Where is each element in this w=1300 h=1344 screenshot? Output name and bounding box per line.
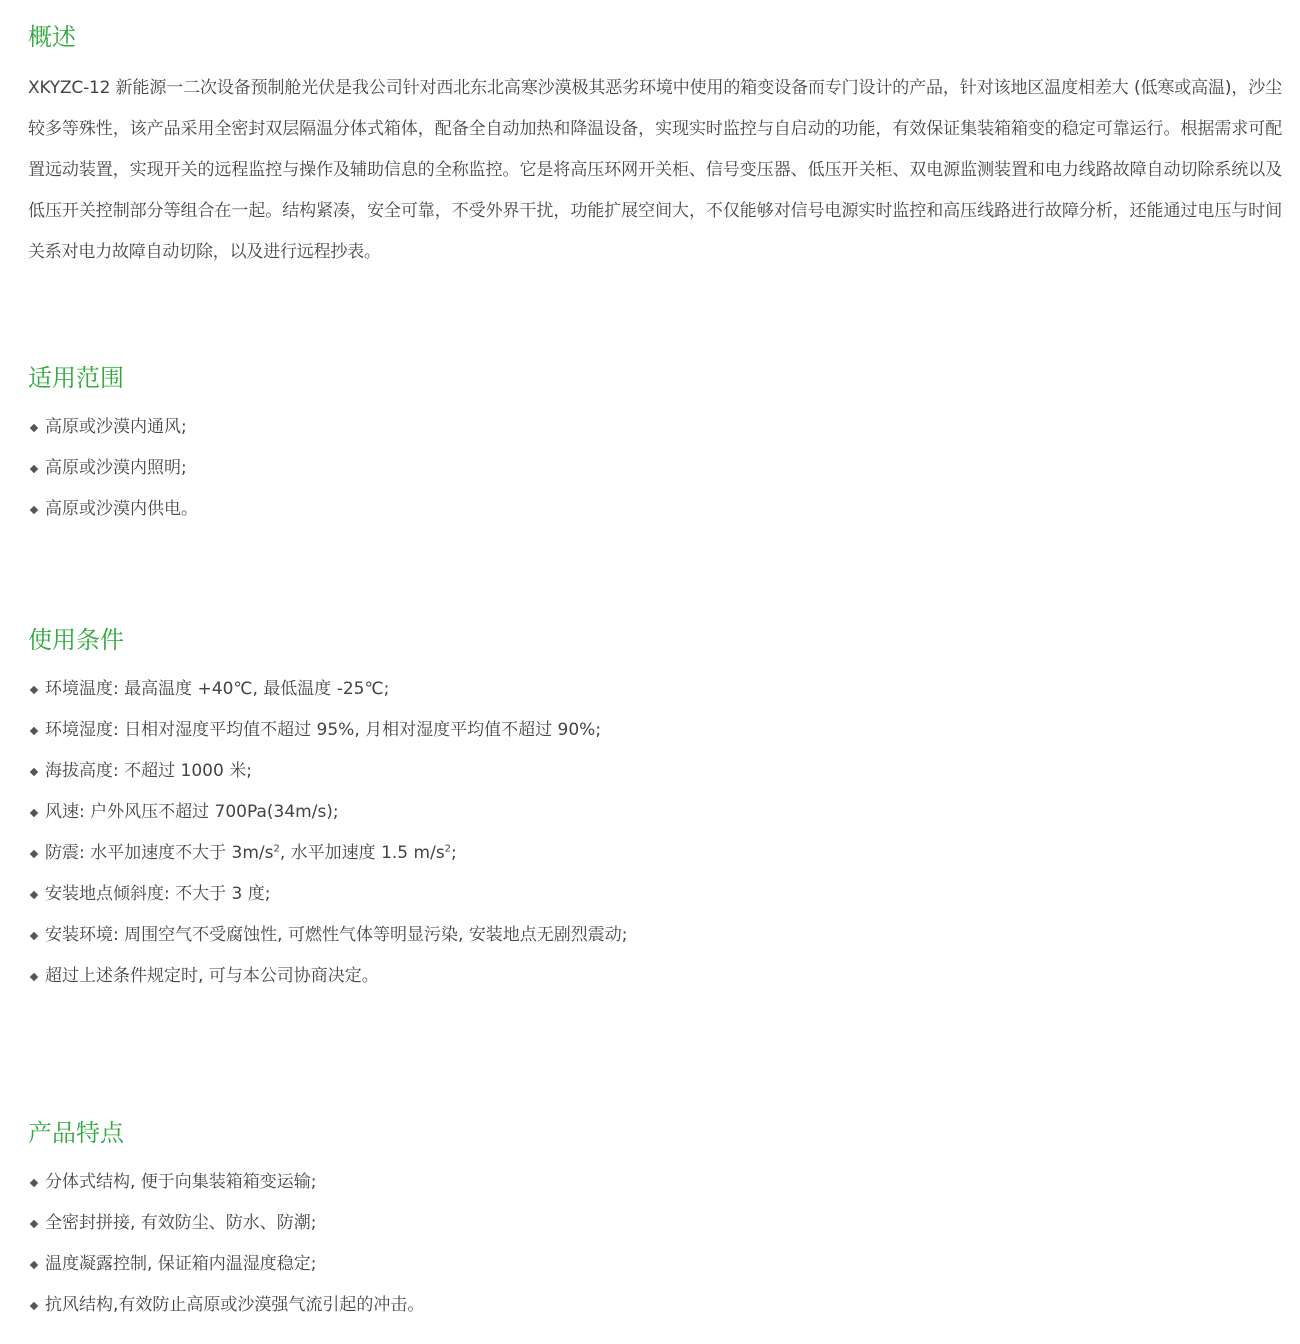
list-item: 环境温度: 最高温度 +40℃, 最低温度 -25℃; bbox=[28, 669, 1282, 710]
list-item: 风速: 户外风压不超过 700Pa(34m/s); bbox=[28, 792, 1282, 833]
scope-list: 高原或沙漠内通风; 高原或沙漠内照明; 高原或沙漠内供电。 bbox=[28, 407, 1282, 530]
overview-paragraph: XKYZC-12 新能源一二次设备预制舱光伏是我公司针对西北东北高寒沙漠极其恶劣… bbox=[28, 68, 1282, 273]
diamond-bullet-icon bbox=[30, 1179, 38, 1187]
diamond-bullet-icon bbox=[30, 1220, 38, 1228]
scope-heading: 适用范围 bbox=[28, 363, 1282, 393]
list-item: 高原或沙漠内照明; bbox=[28, 448, 1282, 489]
list-item: 全密封拼接, 有效防尘、防水、防潮; bbox=[28, 1203, 1282, 1244]
scope-section: 适用范围 高原或沙漠内通风; 高原或沙漠内照明; 高原或沙漠内供电。 bbox=[28, 363, 1282, 530]
diamond-bullet-icon bbox=[30, 809, 38, 817]
diamond-bullet-icon bbox=[30, 465, 38, 473]
diamond-bullet-icon bbox=[30, 891, 38, 899]
features-section: 产品特点 分体式结构, 便于向集装箱箱变运输; 全密封拼接, 有效防尘、防水、防… bbox=[28, 1118, 1282, 1326]
list-item: 抗风结构,有效防止高原或沙漠强气流引起的冲击。 bbox=[28, 1285, 1282, 1326]
diamond-bullet-icon bbox=[30, 424, 38, 432]
overview-heading: 概述 bbox=[28, 22, 1282, 52]
list-item: 分体式结构, 便于向集装箱箱变运输; bbox=[28, 1162, 1282, 1203]
diamond-bullet-icon bbox=[30, 1302, 38, 1310]
conditions-section: 使用条件 环境温度: 最高温度 +40℃, 最低温度 -25℃; 环境湿度: 日… bbox=[28, 625, 1282, 997]
list-item-seismic: 防震: 水平加速度不大于 3m/s2, 水平加速度 1.5 m/s2; bbox=[28, 833, 1282, 874]
diamond-bullet-icon bbox=[30, 727, 38, 735]
list-item: 环境湿度: 日相对湿度平均值不超过 95%, 月相对湿度平均值不超过 90%; bbox=[28, 710, 1282, 751]
list-item: 高原或沙漠内通风; bbox=[28, 407, 1282, 448]
diamond-bullet-icon bbox=[30, 768, 38, 776]
list-item: 安装地点倾斜度: 不大于 3 度; bbox=[28, 874, 1282, 915]
diamond-bullet-icon bbox=[30, 506, 38, 514]
list-item: 温度凝露控制, 保证箱内温湿度稳定; bbox=[28, 1244, 1282, 1285]
list-item: 安装环境: 周围空气不受腐蚀性, 可燃性气体等明显污染, 安装地点无剧烈震动; bbox=[28, 915, 1282, 956]
diamond-bullet-icon bbox=[30, 686, 38, 694]
overview-section: 概述 XKYZC-12 新能源一二次设备预制舱光伏是我公司针对西北东北高寒沙漠极… bbox=[28, 22, 1282, 273]
list-item: 超过上述条件规定时, 可与本公司协商决定。 bbox=[28, 956, 1282, 997]
features-heading: 产品特点 bbox=[28, 1118, 1282, 1148]
conditions-heading: 使用条件 bbox=[28, 625, 1282, 655]
diamond-bullet-icon bbox=[30, 932, 38, 940]
diamond-bullet-icon bbox=[30, 1261, 38, 1269]
diamond-bullet-icon bbox=[30, 850, 38, 858]
diamond-bullet-icon bbox=[30, 973, 38, 981]
list-item: 海拔高度: 不超过 1000 米; bbox=[28, 751, 1282, 792]
features-list: 分体式结构, 便于向集装箱箱变运输; 全密封拼接, 有效防尘、防水、防潮; 温度… bbox=[28, 1162, 1282, 1326]
conditions-list: 环境温度: 最高温度 +40℃, 最低温度 -25℃; 环境湿度: 日相对湿度平… bbox=[28, 669, 1282, 997]
list-item: 高原或沙漠内供电。 bbox=[28, 489, 1282, 530]
